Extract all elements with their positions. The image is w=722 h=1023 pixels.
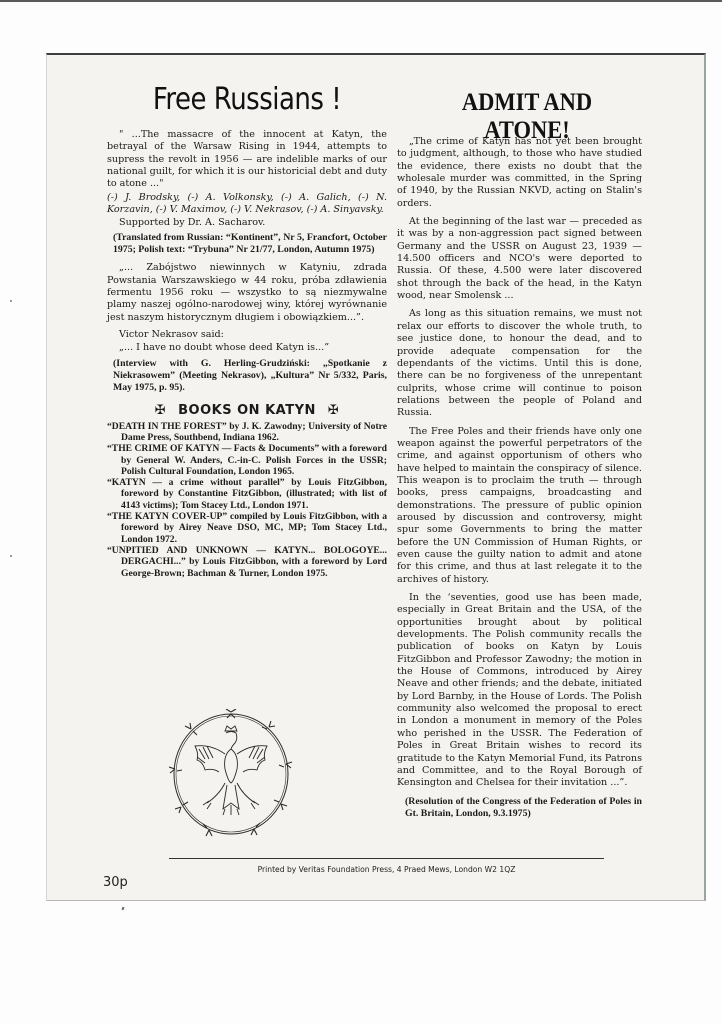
resolution-paragraph: In the ‘seventies, good use has been mad…	[397, 592, 642, 790]
resolution-paragraph: „The crime of Katyn has not yet been bro…	[397, 136, 642, 210]
title-free-russians: Free Russians !	[147, 83, 347, 118]
nekrasov-intro: Victor Nekrasov said:	[107, 329, 387, 341]
books-heading-label: BOOKS ON KATYN	[178, 403, 316, 418]
books-list: “DEATH IN THE FOREST” by J. K. Zawodny; …	[107, 421, 387, 579]
book-entry: “UNPITIED AND UNKNOWN — KATYN... BOLOGOY…	[107, 545, 387, 579]
signatories: (-) J. Brodsky, (-) A. Volkonsky, (-) A.…	[107, 192, 387, 217]
resolution-text: „The crime of Katyn has not yet been bro…	[397, 136, 642, 790]
resolution-paragraph: At the beginning of the last war — prece…	[397, 216, 642, 302]
resolution-source-note: (Resolution of the Congress of the Feder…	[405, 796, 642, 821]
interview-note: (Interview with G. Herling-Grudziński: „…	[113, 358, 387, 395]
document-page: Free Russians ! ADMIT AND ATONE! " ...Th…	[46, 53, 706, 901]
footer-rule	[169, 858, 604, 859]
russian-quote-polish: „... Zabójstwo niewinnych w Katyniu, zdr…	[107, 262, 387, 324]
translation-note: (Translated from Russian: “Kontinent”, N…	[113, 232, 387, 257]
scan-speck	[122, 907, 125, 911]
russian-quote-english: " ...The massacre of the innocent at Kat…	[107, 129, 387, 191]
book-entry: “DEATH IN THE FOREST” by J. K. Zawodny; …	[107, 421, 387, 444]
nekrasov-quote: „... I have no doubt whose deed Katyn is…	[107, 342, 387, 354]
resolution-paragraph: As long as this situation remains, we mu…	[397, 308, 642, 419]
book-entry: “THE KATYN COVER-UP” compiled by Louis F…	[107, 511, 387, 545]
left-column: " ...The massacre of the innocent at Kat…	[107, 129, 387, 579]
scan-top-edge	[0, 0, 722, 2]
book-entry: “THE CRIME OF KATYN — Facts & Documents”…	[107, 443, 387, 477]
scan-speck	[10, 300, 12, 302]
maltese-cross-icon: ✠	[328, 403, 339, 418]
printer-imprint: Printed by Veritas Foundation Press, 4 P…	[169, 865, 604, 874]
resolution-paragraph: The Free Poles and their friends have on…	[397, 426, 642, 586]
books-heading: ✠BOOKS ON KATYN✠	[107, 403, 387, 418]
scan-speck	[10, 555, 12, 557]
book-entry: “KATYN — a crime without parallel” by Lo…	[107, 477, 387, 511]
right-column: „The crime of Katyn has not yet been bro…	[397, 136, 642, 826]
price-label: 30p	[103, 875, 128, 890]
polish-eagle-barbed-wire-emblem	[169, 709, 293, 839]
maltese-cross-icon: ✠	[155, 403, 166, 418]
supported-by: Supported by Dr. A. Sacharov.	[107, 217, 387, 229]
